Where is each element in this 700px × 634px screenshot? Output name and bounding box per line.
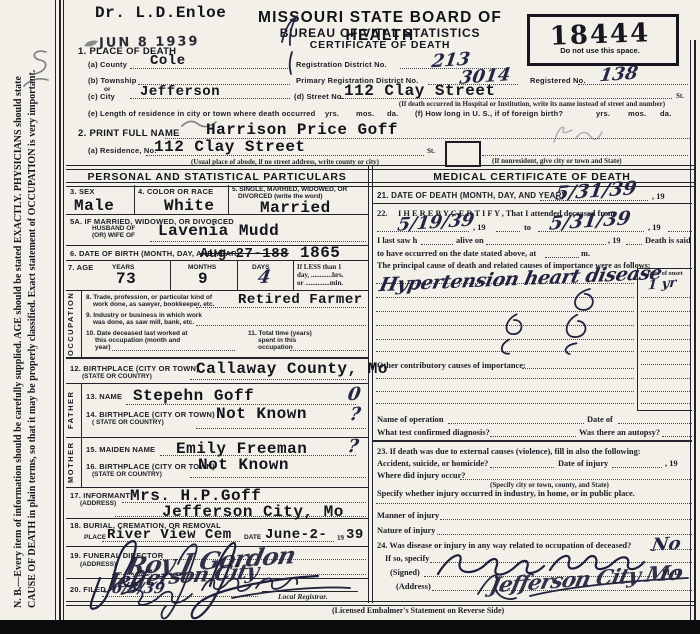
- mos-label: mos.: [628, 109, 646, 118]
- rule: [237, 261, 238, 290]
- rule: [170, 261, 171, 290]
- ink-mark: [286, 50, 296, 76]
- rule: [63, 0, 64, 620]
- nineteen-suffix: , 19: [473, 223, 486, 232]
- dotted-line: [460, 479, 692, 480]
- age-months-value: 9: [198, 270, 208, 288]
- spouse-value: Lavenia Mudd: [158, 222, 279, 240]
- nineteen-suffix: , 19: [665, 459, 678, 468]
- rule: [66, 290, 368, 291]
- dotted-line: [150, 241, 366, 242]
- birthplace-label: 12. BIRTHPLACE (CITY OR TOWN): [70, 364, 199, 373]
- rule: [81, 438, 82, 487]
- rule: [373, 203, 692, 204]
- residence-box: [445, 141, 481, 167]
- trade-value: Retired Farmer: [238, 292, 363, 308]
- if-so-label: If so, specify: [385, 554, 429, 563]
- last-worked-label3: year): [95, 344, 111, 351]
- dotted-line: [641, 297, 690, 298]
- dotted-line: [130, 98, 290, 99]
- q23-label: 23. If death was due to external causes …: [377, 447, 641, 456]
- rule: [81, 384, 82, 437]
- mother-birthplace-sub: (STATE OR COUNTRY): [92, 471, 162, 478]
- dotted-line: [115, 516, 366, 517]
- dotted-line: [641, 311, 690, 312]
- rule: [81, 291, 82, 357]
- dotted-line: [376, 391, 634, 392]
- last-saw-label: I last saw h: [377, 236, 417, 245]
- dotted-line: [626, 244, 642, 245]
- st-suffix: St.: [427, 147, 435, 155]
- dotted-line: [650, 549, 692, 550]
- operation-date-label: Date of: [587, 415, 613, 424]
- total-time-label3: occupation: [258, 344, 293, 351]
- dotted-line: [482, 155, 688, 156]
- signed-label: (Signed): [390, 568, 420, 577]
- total-time-label2: spent in this: [258, 337, 296, 344]
- dotted-line: [496, 231, 520, 232]
- last-worked-label1: 10. Date deceased last worked at: [86, 330, 188, 337]
- dotted-line: [540, 200, 648, 201]
- rule: [59, 0, 61, 620]
- rule: [694, 40, 696, 620]
- registration-district-label: Registration District No.: [296, 60, 387, 69]
- autopsy-label: Was there an autopsy?: [579, 428, 660, 437]
- father-side-label: FATHER: [66, 385, 80, 435]
- to-word: to: [524, 223, 531, 232]
- mother-birthplace-label: 16. BIRTHPLACE (CITY OR TOWN): [86, 462, 215, 471]
- industry-label2: was done, as saw mill, bank, etc.: [93, 319, 194, 326]
- test-label: What test confirmed diagnosis?: [377, 428, 490, 437]
- nineteen-suffix: , 19: [608, 236, 621, 245]
- dotted-line: [618, 423, 692, 424]
- dotted-line: [668, 231, 692, 232]
- mother-name-label: 15. MAIDEN NAME: [86, 445, 155, 454]
- mother-side-label: MOTHER: [66, 438, 80, 486]
- registrar-signature-scrawl: [198, 574, 303, 598]
- dotted-line: [376, 378, 634, 379]
- father-hand-mark: 0: [346, 384, 362, 406]
- father-name-value: Stepehn Goff: [133, 387, 254, 405]
- alive-on-label: alive on: [456, 236, 484, 245]
- dotted-line: [190, 379, 366, 380]
- father-birthplace-value: Not Known: [216, 405, 307, 423]
- margin-note-line1: N. B.—Every item of information should b…: [12, 12, 26, 608]
- residence-value: 112 Clay Street: [154, 138, 306, 156]
- rule: [373, 440, 692, 442]
- dotted-line: [641, 378, 690, 379]
- dotted-line: [146, 155, 424, 156]
- registered-no-value: 138: [598, 63, 639, 87]
- street-label: (d) Street No.: [294, 92, 344, 101]
- ink-scrawl: [489, 305, 538, 360]
- dotted-line: [641, 351, 690, 352]
- less-than-day-label3: or ..............min.: [297, 279, 343, 287]
- margin-note: N. B.—Every item of information should b…: [12, 12, 40, 608]
- dotted-line: [641, 325, 690, 326]
- informant-label: 17. INFORMANT: [70, 491, 130, 500]
- dotted-line: [190, 477, 366, 478]
- where-note: (Specify city or town, county, and State…: [490, 481, 609, 489]
- st-suffix: St.: [676, 92, 684, 100]
- father-birthplace-sub: ( STATE OR COUNTRY): [92, 419, 164, 426]
- foreign-birth-label: (f) How long in U. S., if of foreign bir…: [415, 109, 563, 118]
- embalmer-note: (Licensed Embalmer's Statement on Revers…: [332, 606, 504, 615]
- dob-struck-value: Aug-27-188: [200, 246, 289, 262]
- rule: [55, 0, 56, 620]
- dotted-line: [612, 467, 662, 468]
- less-than-day-label1: If LESS than 1: [297, 263, 342, 271]
- dotted-line: [641, 391, 690, 392]
- dotted-line: [490, 467, 554, 468]
- medical-certificate-heading: MEDICAL CERTIFICATE OF DEATH: [373, 171, 691, 183]
- informant-address-value: Jefferson City, Mo: [162, 503, 344, 521]
- rule: [690, 40, 691, 620]
- race-label: 4. COLOR OR RACE: [138, 187, 213, 196]
- do-not-use-label: Do not use this space.: [527, 46, 673, 55]
- dotted-line: [290, 350, 366, 351]
- marital-value: Married: [260, 199, 331, 217]
- dotted-line: [490, 436, 576, 437]
- dotted-line: [112, 350, 235, 351]
- date-of-death-label: 21. DATE OF DEATH (MONTH, DAY, AND YEAR): [377, 191, 564, 200]
- township-label: (b) Township: [88, 76, 137, 85]
- dotted-line: [421, 244, 453, 245]
- rule: [228, 185, 229, 214]
- rule: [293, 261, 294, 290]
- residence-label: (a) Residence, No.: [88, 146, 157, 155]
- rule: [66, 437, 368, 438]
- personal-particulars-heading: PERSONAL AND STATISTICAL PARTICULARS: [66, 171, 368, 183]
- father-birthplace-label: 14. BIRTHPLACE (CITY OR TOWN): [86, 410, 215, 419]
- dotted-line: [641, 403, 690, 404]
- other-causes-label: Other contributory causes of importance:: [377, 361, 526, 370]
- trade-label1: 8. Trade, profession, or particular kind…: [86, 294, 212, 301]
- dotted-line: [486, 244, 606, 245]
- dob-value: 1865: [300, 244, 340, 262]
- mos-label: mos.: [356, 109, 374, 118]
- document-type: CERTIFICATE OF DEATH: [230, 39, 530, 51]
- dotted-line: [578, 84, 688, 85]
- sex-value: Male: [74, 197, 114, 215]
- race-value: White: [164, 197, 215, 215]
- husband-of-label: HUSBAND OF: [92, 225, 135, 232]
- less-than-day-label2: day, ............hrs.: [297, 271, 343, 279]
- injury-date-label: Date of injury: [558, 459, 608, 468]
- rule: [637, 410, 692, 411]
- death-certificate-scan: N. B.—Every item of information should b…: [0, 0, 700, 634]
- da-label: da.: [660, 109, 671, 118]
- rule: [66, 383, 368, 384]
- bureau-subtitle: BUREAU OF VITAL STATISTICS: [230, 26, 530, 40]
- dotted-line: [522, 368, 634, 369]
- dotted-line: [440, 519, 692, 520]
- dotted-line: [545, 257, 579, 258]
- nineteen-suffix: , 19: [648, 223, 661, 232]
- faint-handwriting: [546, 120, 606, 152]
- death-is-said-label: Death is said: [645, 236, 691, 245]
- rule: [637, 268, 638, 410]
- last-worked-label2: this occupation (month and: [95, 337, 180, 344]
- scan-edge: [0, 620, 700, 634]
- manner-label: Manner of injury: [377, 511, 439, 520]
- rule: [134, 185, 135, 214]
- wife-of-label: (OR) WIFE OF: [92, 232, 135, 239]
- yrs-label: yrs.: [325, 109, 339, 118]
- where-injury-label: Where did injury occur?: [377, 471, 465, 480]
- dotted-line: [376, 503, 692, 504]
- da-label: da.: [387, 109, 398, 118]
- dotted-line: [376, 403, 634, 404]
- dotted-line: [538, 231, 644, 232]
- operation-label: Name of operation: [377, 415, 444, 424]
- age-days-value: 4: [256, 267, 272, 289]
- q22-number: 22.: [377, 209, 387, 218]
- birthplace-value: Callaway County, Mo: [196, 360, 388, 378]
- nature-label: Nature of injury: [377, 526, 435, 535]
- address-label: (Address): [396, 582, 431, 591]
- doctor-name: Dr. L.D.Enloe: [95, 4, 226, 22]
- dotted-line: [448, 423, 584, 424]
- rule: [66, 357, 368, 359]
- yrs-label: yrs.: [596, 109, 610, 118]
- nonresident-note: (If nonresident, give city or town and S…: [492, 157, 622, 165]
- occupation-side-label: OCCUPATION: [66, 291, 80, 357]
- city-label: (c) City: [88, 92, 115, 101]
- nineteen-suffix: , 19: [652, 192, 665, 201]
- age-years-value: 73: [116, 270, 136, 288]
- ink-scrawl: [543, 276, 620, 366]
- informant-address-label: (ADDRESS): [80, 500, 116, 507]
- signature-flourish: [470, 560, 696, 604]
- rule: [66, 165, 694, 170]
- m-suffix: m.: [581, 249, 590, 258]
- ink-checkmark: [277, 14, 299, 48]
- margin-note-line2: CAUSE OF DEATH in plain terms, so that i…: [26, 12, 40, 608]
- dotted-line: [196, 325, 366, 326]
- total-time-label1: 11. Total time (years): [248, 330, 312, 337]
- dotted-line: [196, 428, 366, 429]
- sex-label: 3. SEX: [70, 187, 95, 196]
- county-value: Cole: [150, 53, 186, 69]
- mother-birthplace-value: Not Known: [198, 456, 289, 474]
- county-label: (a) County: [88, 60, 127, 69]
- father-bp-hand-mark: ?: [348, 404, 362, 426]
- occurred-label: to have occurred on the date stated abov…: [377, 249, 536, 258]
- marital-label: 5. SINGLE, MARRIED, WIDOWED, OR: [232, 186, 347, 193]
- age-label: 7. AGE: [68, 263, 94, 272]
- hospital-note: (If death occurred in Hospital or Instit…: [372, 100, 692, 108]
- father-name-label: 13. NAME: [86, 392, 122, 401]
- dotted-line: [340, 98, 672, 99]
- specify-label: Specify whether injury occurred in indus…: [377, 489, 635, 498]
- full-name-value: Harrison Price Goff: [206, 121, 398, 139]
- pencil-scribble: [18, 44, 52, 96]
- industry-label1: 9. Industry or business in which work: [86, 312, 202, 319]
- dotted-line: [641, 364, 690, 365]
- q24-answer: No: [650, 533, 682, 556]
- dotted-line: [641, 339, 690, 340]
- accident-label: Accident, suicide, or homicide?: [377, 459, 488, 468]
- birthplace-sub-label: (STATE OR COUNTRY): [82, 373, 152, 380]
- dotted-line: [662, 436, 692, 437]
